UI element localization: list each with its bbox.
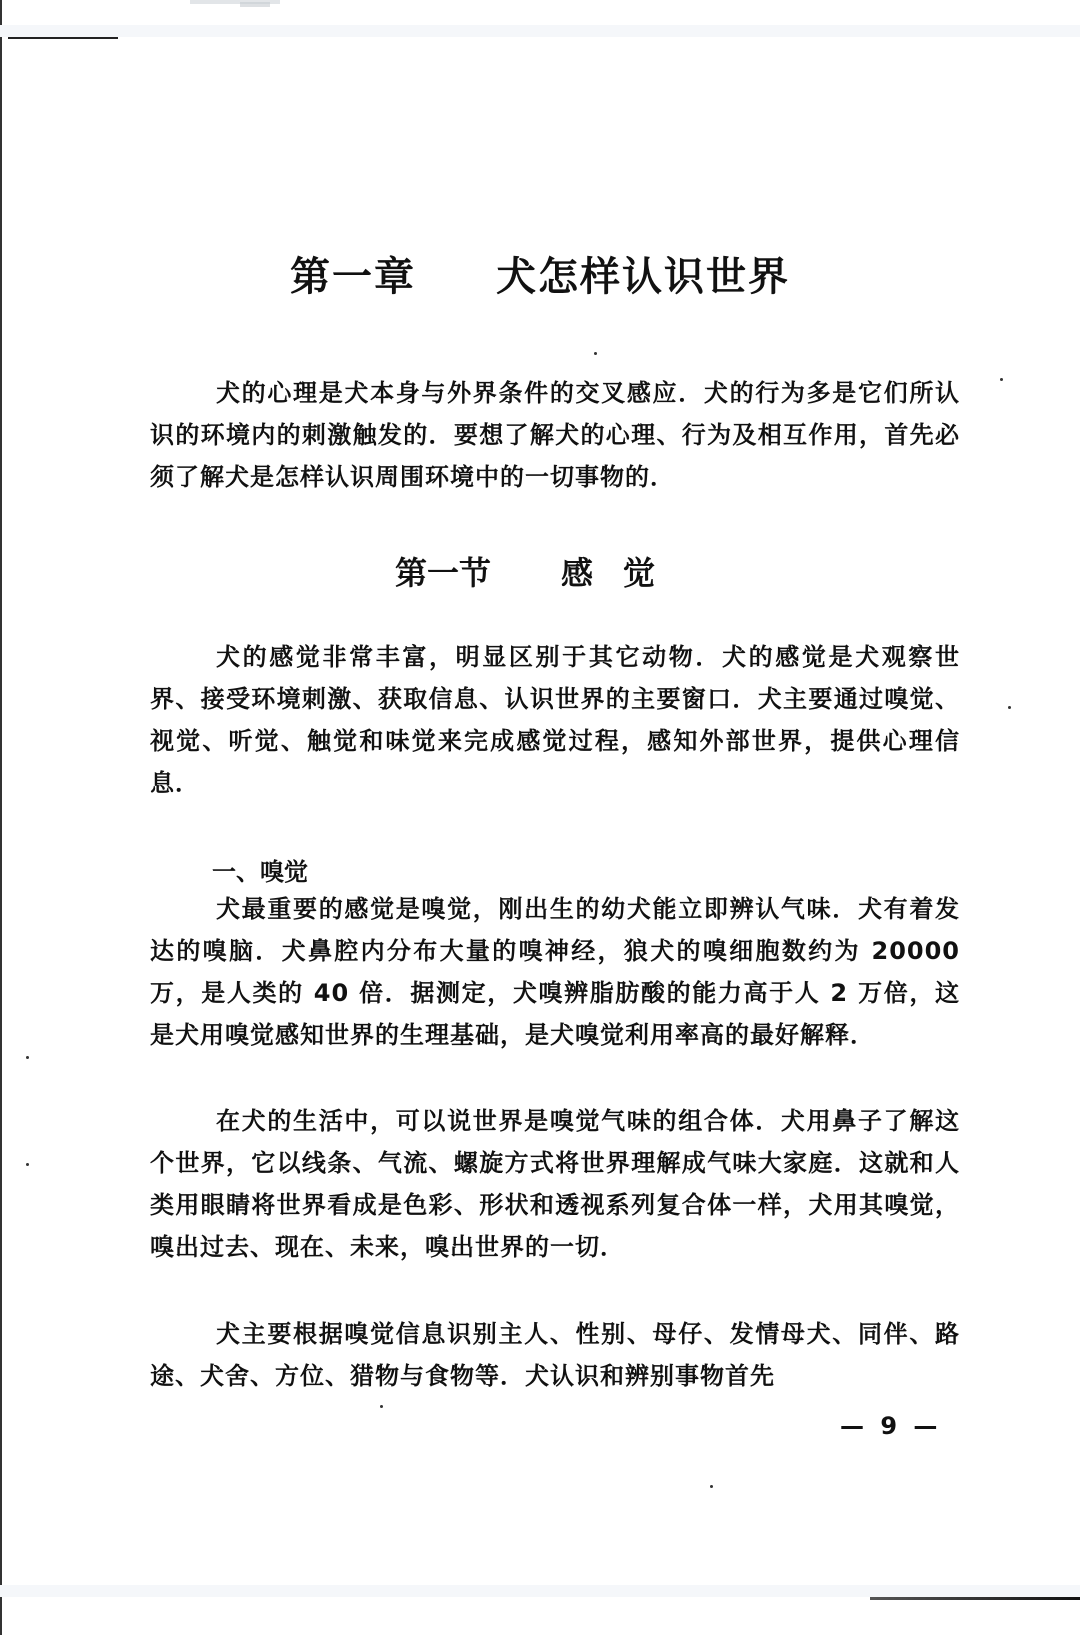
section-name: 感觉: [561, 554, 685, 592]
subsection-title: 一、嗅觉: [212, 852, 308, 887]
chapter-name: 犬怎样认识世界: [496, 254, 790, 300]
body-paragraph-1: 犬最重要的感觉是嗅觉，刚出生的幼犬能立即辨认气味．犬有着发达的嗅脑．犬鼻腔内分布…: [150, 888, 960, 1056]
scan-speck: [1000, 378, 1003, 381]
page-gap-bottom: [0, 1585, 1080, 1597]
chapter-number: 第一章: [290, 254, 416, 300]
chapter-title: 第一章犬怎样认识世界: [0, 245, 1080, 302]
scan-rule-top: [8, 37, 118, 39]
scan-speck: [380, 1405, 383, 1408]
page-gap-top: [0, 25, 1080, 37]
body-paragraph-2: 在犬的生活中，可以说世界是嗅觉气味的组合体．犬用鼻子了解这个世界，它以线条、气流…: [150, 1100, 960, 1268]
intro-paragraph: 犬的心理是犬本身与外界条件的交叉感应．犬的行为多是它们所认识的环境内的刺激触发的…: [150, 372, 960, 498]
scan-speck: [594, 352, 597, 355]
scan-speck: [26, 1163, 29, 1166]
page-number: — 9 —: [840, 1412, 941, 1440]
scan-speck: [710, 1485, 713, 1488]
scan-speck: [26, 1056, 29, 1059]
section-number: 第一节: [395, 554, 491, 592]
section-title: 第一节感觉: [0, 548, 1080, 594]
scan-speck: [1008, 706, 1011, 709]
section-paragraph: 犬的感觉非常丰富，明显区别于其它动物．犬的感觉是犬观察世界、接受环境刺激、获取信…: [150, 636, 960, 804]
body-paragraph-3: 犬主要根据嗅觉信息识别主人、性别、母仔、发情母犬、同伴、路途、犬舍、方位、猎物与…: [150, 1313, 960, 1397]
previous-page-fragment: [240, 2, 270, 7]
scan-rule-bottom: [870, 1597, 1080, 1600]
